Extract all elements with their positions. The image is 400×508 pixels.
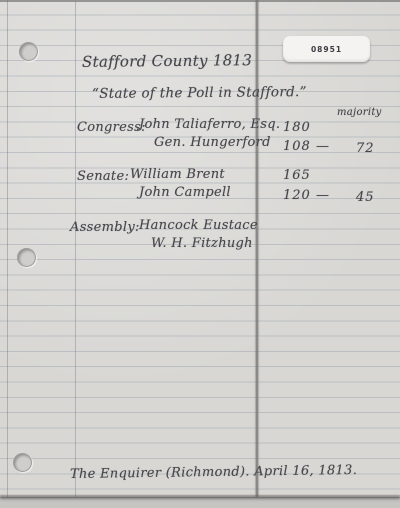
vote-count: 108 — [283,139,330,154]
punch-hole-bottom [13,453,32,472]
section-label-assembly: Assembly: [70,220,140,235]
center-crease-line [255,0,259,497]
majority-value: 72 [356,141,375,156]
punch-hole-top [19,42,38,61]
margin-line [75,0,76,497]
sticker-number: 08951 [311,45,342,54]
vote-count: 120 — [283,188,330,203]
section-label-senate: Senate: [77,169,129,184]
vote-count: 180 [283,120,311,135]
candidate-name: Hancock Eustace [139,218,258,233]
scanned-page: 08951 Stafford County 1813 “State of the… [0,0,400,508]
vote-count: 165 [283,168,311,183]
scan-top-edge [0,0,400,2]
section-label-congress: Congress: [77,120,146,135]
paper-left-edge [7,0,8,497]
candidate-name: Gen. Hungerford [154,135,271,150]
paper-bottom-edge [0,495,400,498]
majority-value: 45 [356,190,375,205]
punch-hole-middle [17,248,36,267]
candidate-name: John Taliaferro, Esq. [139,117,280,132]
doc-subtitle: “State of the Poll in Stafford.” [92,84,307,102]
candidate-name: John Campell [139,185,231,200]
majority-column-label: majority [337,107,382,118]
doc-title: Stafford County 1813 [82,51,252,71]
candidate-name: W. H. Fitzhugh [151,236,253,251]
candidate-name: William Brent [130,167,225,182]
catalog-sticker: 08951 [283,36,370,62]
